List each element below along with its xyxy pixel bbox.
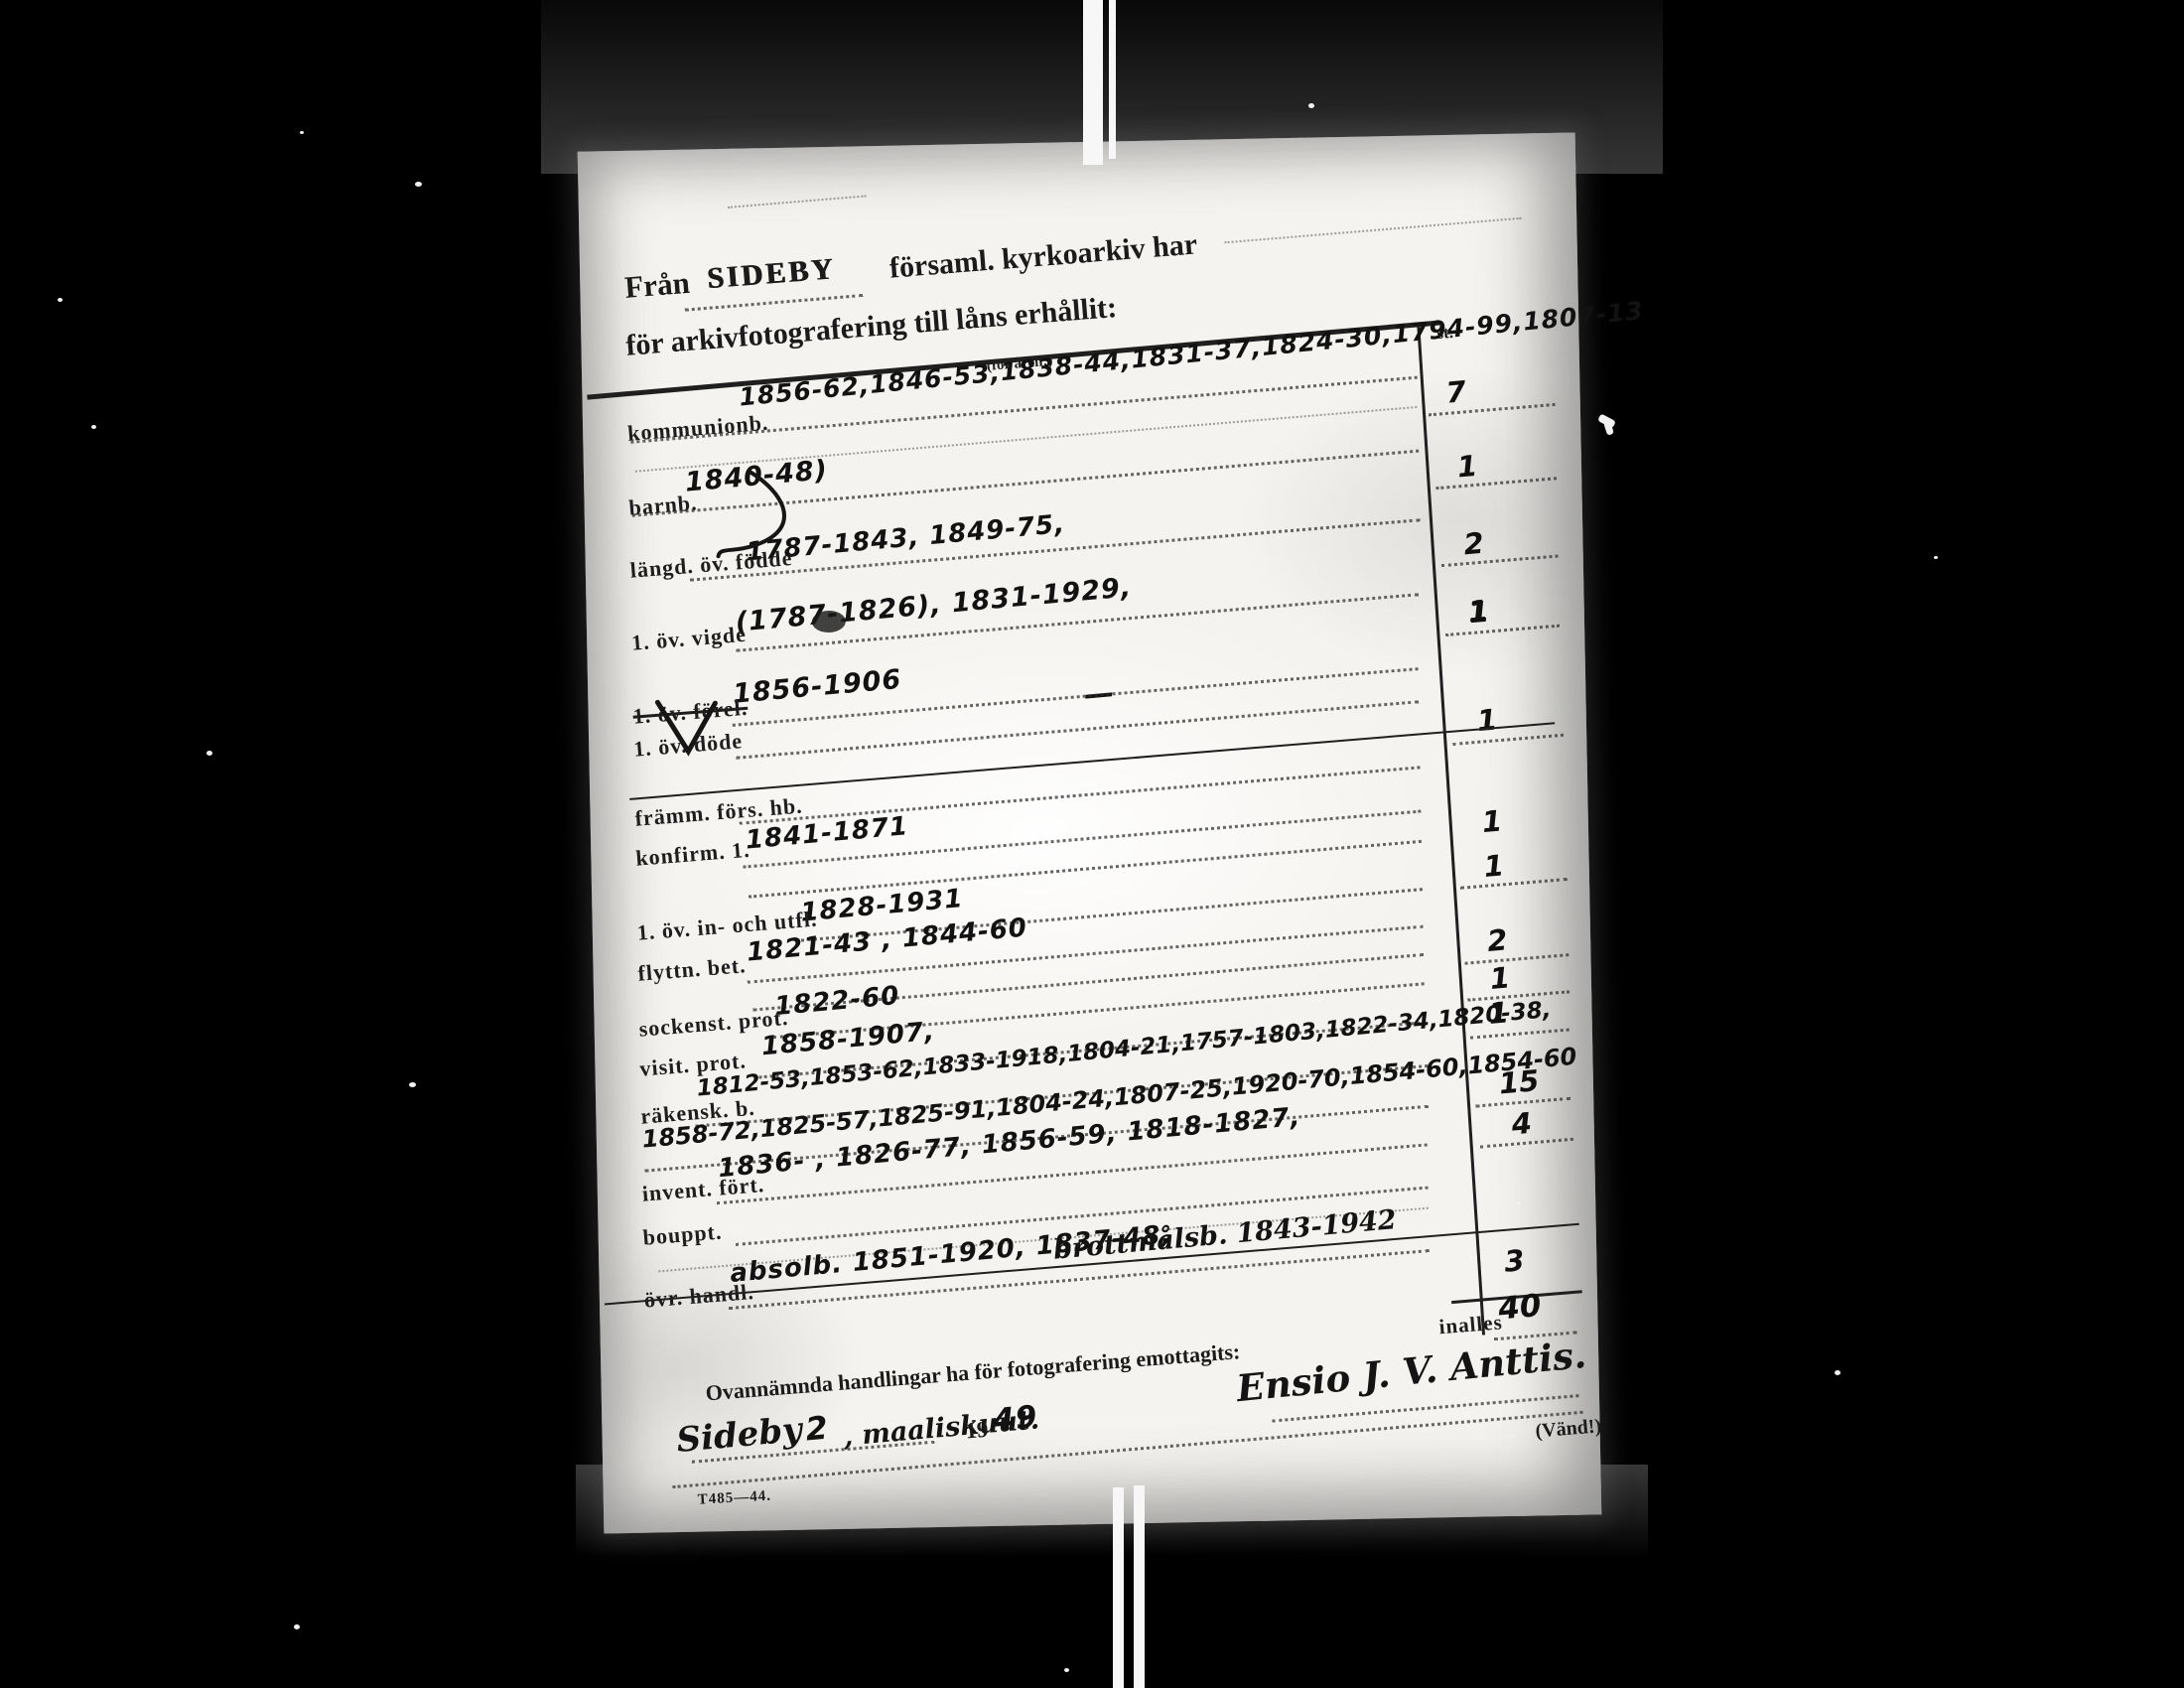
dust-speck [1517,1201,1521,1204]
dotted-line [1464,953,1569,965]
dotted-line [1441,554,1559,567]
dust-speck [58,298,63,302]
dotted-line [1460,878,1568,890]
row-label-struck: 1. öv. förel. [632,695,750,730]
total-count: 40 [1497,1288,1543,1328]
row-count: 1 [1482,848,1505,884]
section-divider-rule [629,722,1555,800]
year-handwritten: 49 [992,1399,1039,1439]
row-count: 3 [1503,1243,1526,1279]
film-strip-mark [1113,1487,1124,1688]
row-count: 1 [1488,960,1511,996]
row-label: bouppt. [642,1218,724,1250]
row-value: (1787-1826), 1831-1929, [734,572,1133,637]
film-strip-mark [1083,0,1103,165]
row-count: 2 [1462,526,1485,562]
receipt-statement: Ovannämnda handlingar ha för fotograferi… [705,1338,1241,1406]
dotted-line [749,840,1422,899]
dotted-line [740,766,1421,824]
row-count: 1 [1480,803,1503,839]
document-paper: Från SIDEBY församl. kyrkoarkiv har för … [578,132,1602,1533]
from-label: Från [623,265,691,306]
row-label: 1. öv. döde [632,728,744,763]
header-line1-rest: församl. kyrkoarkiv har [888,227,1199,285]
turn-note: (Vänd!) [1535,1415,1602,1443]
row-label: konfirm. 1. [634,837,751,872]
total-label: inalles [1438,1310,1504,1339]
film-strip-mark [1109,0,1116,159]
dust-speck [1934,556,1938,559]
day-handwritten: 2 [804,1409,831,1449]
parish-name: SIDEBY [706,252,837,296]
header-line2: för arkivfotografering till låns erhålli… [624,291,1118,363]
dust-speck [1835,1370,1841,1375]
microfilm-scan: { "header": { "from_label": "Från", "par… [0,0,2184,1688]
row-count: 2 [1486,922,1509,958]
film-strip-mark [1134,1485,1145,1688]
row-count: 7 [1444,374,1467,410]
row-label: 1. öv. vigde [630,622,748,656]
row-value: 1822-60 [773,981,901,1022]
row-count: 1 [1475,702,1498,738]
row-value: 1840-48) [684,455,829,498]
dotted-line [728,195,867,208]
dotted-line [1470,1028,1570,1039]
row-count: 1 [1466,594,1489,630]
dust-speck [1308,103,1314,108]
dotted-line [685,294,864,312]
row-value: 1787-1843, 1849-75, [745,509,1066,568]
dust-speck [294,1624,300,1629]
row-count: 4 [1510,1106,1533,1142]
row-label: flyttn. bet. [637,952,748,986]
row-value: 1856-1906 [732,664,903,710]
dust-speck [91,425,96,429]
year-printed: 19 [965,1417,990,1445]
dotted-line [1452,734,1564,746]
dotted-line [1435,477,1557,490]
dust-speck [1064,1668,1069,1672]
form-number: T485—44. [697,1488,771,1509]
dotted-line [736,700,1419,760]
dust-speck [206,751,212,756]
dust-speck [409,1082,416,1087]
dust-speck [300,131,304,134]
dust-speck [415,182,422,187]
row-count: 1 [1456,449,1479,485]
dotted-line [1445,625,1560,636]
dotted-line [1225,217,1522,244]
